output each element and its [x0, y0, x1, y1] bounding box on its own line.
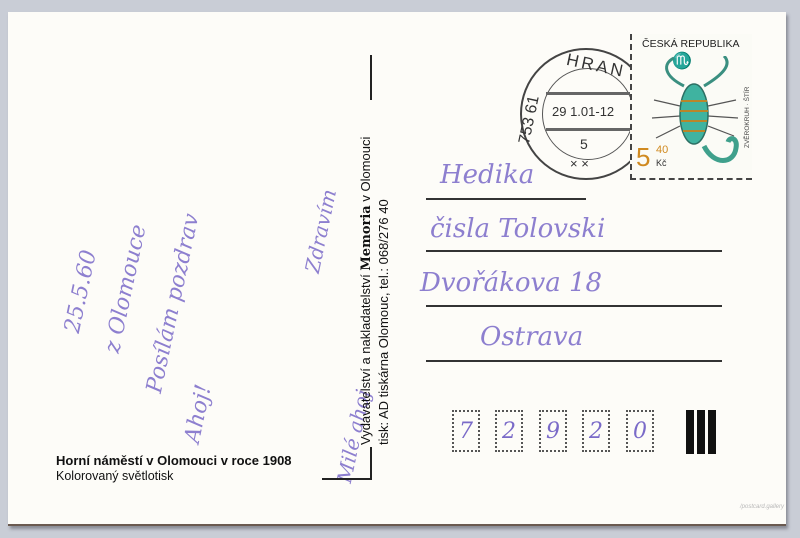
postal-code-bar — [708, 410, 716, 454]
stamp-series: ZVĚROKRUH · ŠTÍR — [744, 87, 751, 148]
address-line-4: Ostrava — [480, 322, 583, 352]
publisher-info: Vydavatelství a nakladatelství Memoria v… — [357, 137, 392, 445]
address-rule — [426, 305, 722, 307]
caption-title: Horní náměstí v Olomouci v roce 1908 — [56, 453, 292, 468]
address-rule — [426, 198, 586, 200]
postal-code-box: 9 — [539, 410, 567, 452]
publisher-brand: Memoria — [359, 205, 374, 270]
postal-code-box: 7 — [452, 410, 480, 452]
postal-code-box: 2 — [582, 410, 610, 452]
divider-top — [370, 55, 372, 100]
postal-code-box: 0 — [626, 410, 654, 452]
address-rule — [426, 360, 722, 362]
stamp-value: 5 — [636, 142, 650, 173]
publisher-line-2: tisk: AD tiskárna Olomouc, tel.: 068/276… — [375, 137, 392, 445]
caption-subtitle: Kolorovaný světlotisk — [56, 469, 173, 483]
postal-code-box: 2 — [495, 410, 523, 452]
address-line-3: Dvořákova 18 — [420, 268, 602, 298]
postmark-date: 29 1.01-12 — [552, 104, 614, 119]
divider-bottom — [370, 447, 372, 479]
address-line-2: čisla Tolovski — [430, 214, 605, 244]
postmark-postcode: 753 61 — [516, 94, 544, 146]
postal-code-bar — [697, 410, 705, 454]
stamp-value-cents: 40 — [656, 144, 668, 156]
postal-code-bar — [686, 410, 694, 454]
postmark-office: 5 — [580, 136, 588, 152]
postmark-stars: × × — [570, 156, 589, 171]
watermark: /postcard.gallery — [740, 504, 784, 510]
postage-stamp: ČESKÁ REPUBLIKA ♏ ZVĚROKRUH · ŠTÍR 5 40 … — [630, 34, 752, 180]
address-rule — [426, 250, 722, 252]
address-line-1: Hedika — [440, 160, 534, 190]
publisher-line-1: Vydavatelství a nakladatelství Memoria v… — [357, 137, 375, 445]
stamp-currency: Kč — [656, 158, 667, 168]
postmark-bar — [546, 128, 634, 131]
stamp-country: ČESKÁ REPUBLIKA — [642, 38, 739, 50]
divider-foot — [322, 478, 372, 480]
postmark-bar — [546, 92, 634, 95]
